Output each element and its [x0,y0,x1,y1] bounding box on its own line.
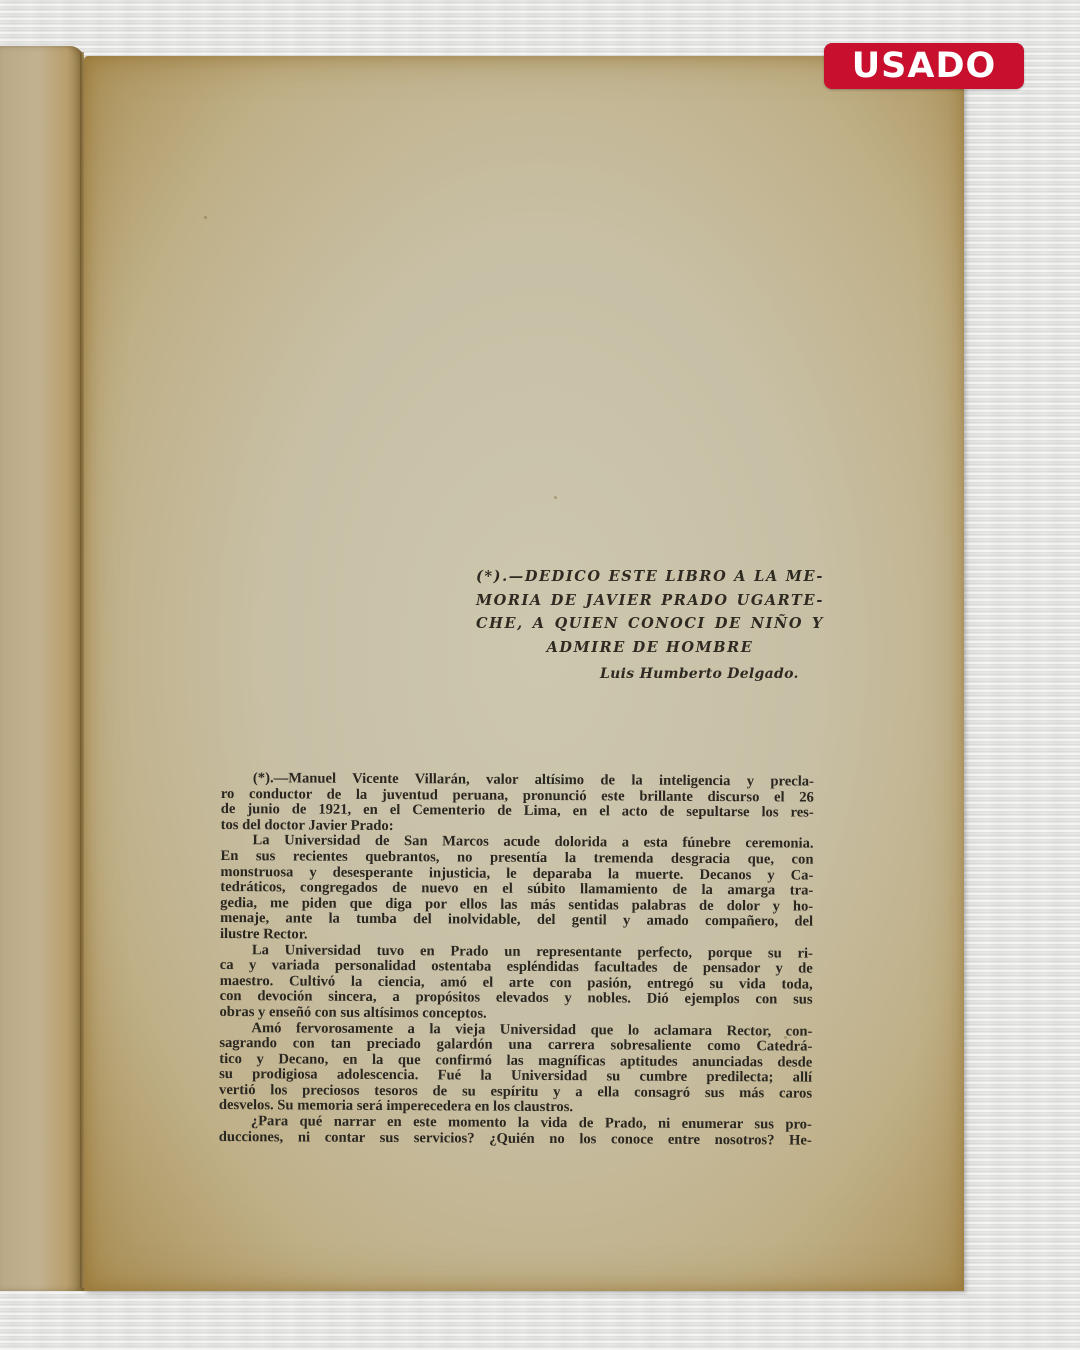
facing-page-left [0,46,84,1291]
dedication-line: MORIA DE JAVIER PRADO UGARTE- [476,589,824,613]
dedication-line: CHE, A QUIEN CONOCI DE NIÑO Y [476,612,824,636]
dedication-line: (*).—DEDICO ESTE LIBRO A LA ME- [476,565,824,589]
dedication-signature: Luis Humberto Delgado. [600,666,799,682]
badge-label: USADO [852,46,997,86]
paper-speck [554,496,557,499]
footnote-body-text: (*).—Manuel Vicente Villarán, valor altí… [219,771,814,1149]
paper-speck [204,216,207,219]
dedication-block: (*).—DEDICO ESTE LIBRO A LA ME- MORIA DE… [476,565,824,659]
dedication-line: ADMIRE DE HOMBRE [476,636,824,660]
used-condition-badge: USADO [824,43,1024,89]
